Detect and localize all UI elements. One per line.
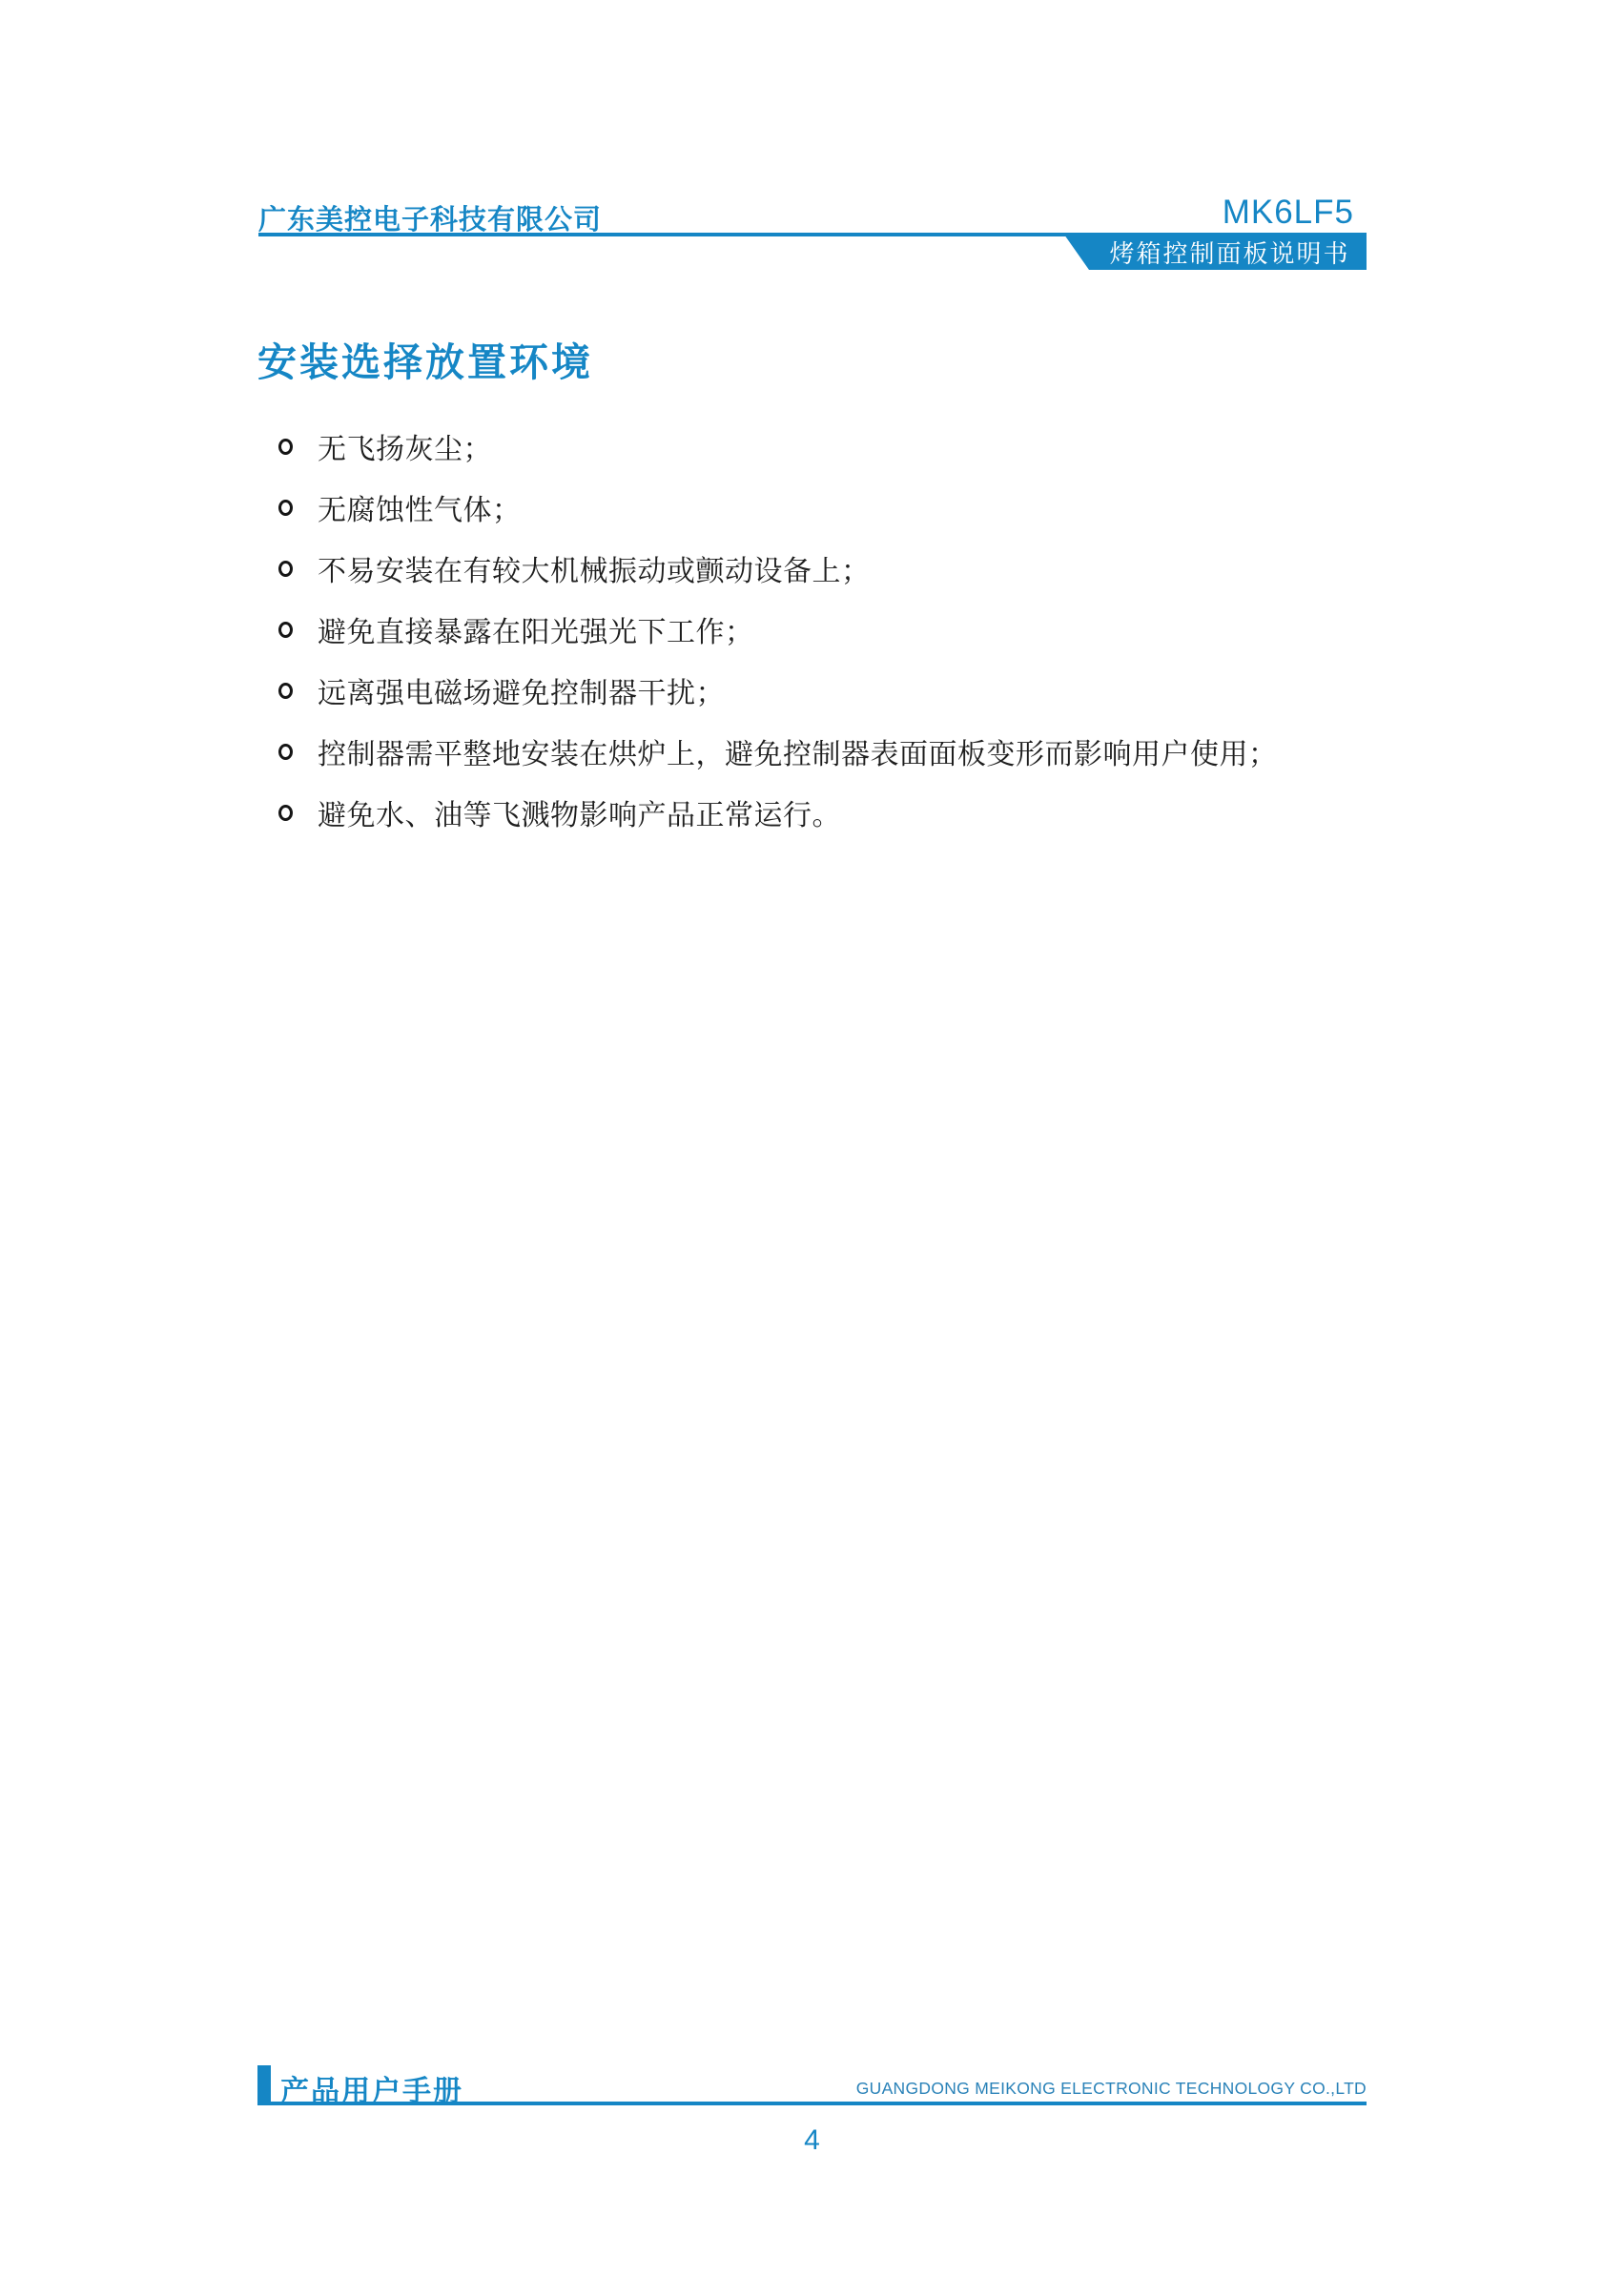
circle-bullet-icon (278, 683, 293, 699)
footer-divider-line (257, 2102, 1367, 2105)
circle-bullet-icon (278, 561, 293, 577)
list-item-text: 无飞扬灰尘； (318, 425, 492, 467)
circle-bullet-icon (278, 622, 293, 638)
circle-bullet-icon (278, 439, 293, 455)
doc-title-banner: 烤箱控制面板说明书 (1064, 235, 1367, 270)
list-item-text: 无腐蚀性气体； (318, 486, 522, 528)
list-item: 避免水、油等飞溅物影响产品正常运行。 (278, 796, 1278, 829)
page-number: 4 (0, 2124, 1624, 2157)
circle-bullet-icon (278, 500, 293, 516)
list-item: 远离强电磁场避免控制器干扰； (278, 674, 1278, 707)
header-company-name: 广东美控电子科技有限公司 (258, 198, 602, 237)
circle-bullet-icon (278, 805, 293, 821)
list-item: 无腐蚀性气体； (278, 491, 1278, 523)
manual-page: 广东美控电子科技有限公司 MK6LF5 烤箱控制面板说明书 安装选择放置环境 无… (0, 0, 1624, 2277)
list-item-text: 控制器需平整地安装在烘炉上，避免控制器表面面板变形而影响用户使用； (318, 730, 1278, 772)
list-item: 控制器需平整地安装在烘炉上，避免控制器表面面板变形而影响用户使用； (278, 735, 1278, 768)
circle-bullet-icon (278, 744, 293, 760)
placement-requirements-list: 无飞扬灰尘； 无腐蚀性气体； 不易安装在有较大机械振动或颤动设备上； 避免直接暴… (278, 430, 1278, 857)
list-item-text: 远离强电磁场避免控制器干扰； (318, 669, 725, 711)
list-item: 避免直接暴露在阳光强光下工作； (278, 613, 1278, 646)
list-item-text: 避免水、油等飞溅物影响产品正常运行。 (318, 791, 841, 833)
section-title: 安装选择放置环境 (257, 331, 593, 387)
list-item: 无飞扬灰尘； (278, 430, 1278, 462)
footer-company-english: GUANGDONG MEIKONG ELECTRONIC TECHNOLOGY … (856, 2079, 1367, 2099)
doc-title-text: 烤箱控制面板说明书 (1109, 235, 1349, 270)
list-item-text: 不易安装在有较大机械振动或颤动设备上； (318, 547, 871, 589)
list-item: 不易安装在有较大机械振动或颤动设备上； (278, 552, 1278, 585)
header-model-code: MK6LF5 (1223, 194, 1354, 232)
list-item-text: 避免直接暴露在阳光强光下工作； (318, 608, 754, 650)
footer-accent-bar (257, 2065, 271, 2103)
